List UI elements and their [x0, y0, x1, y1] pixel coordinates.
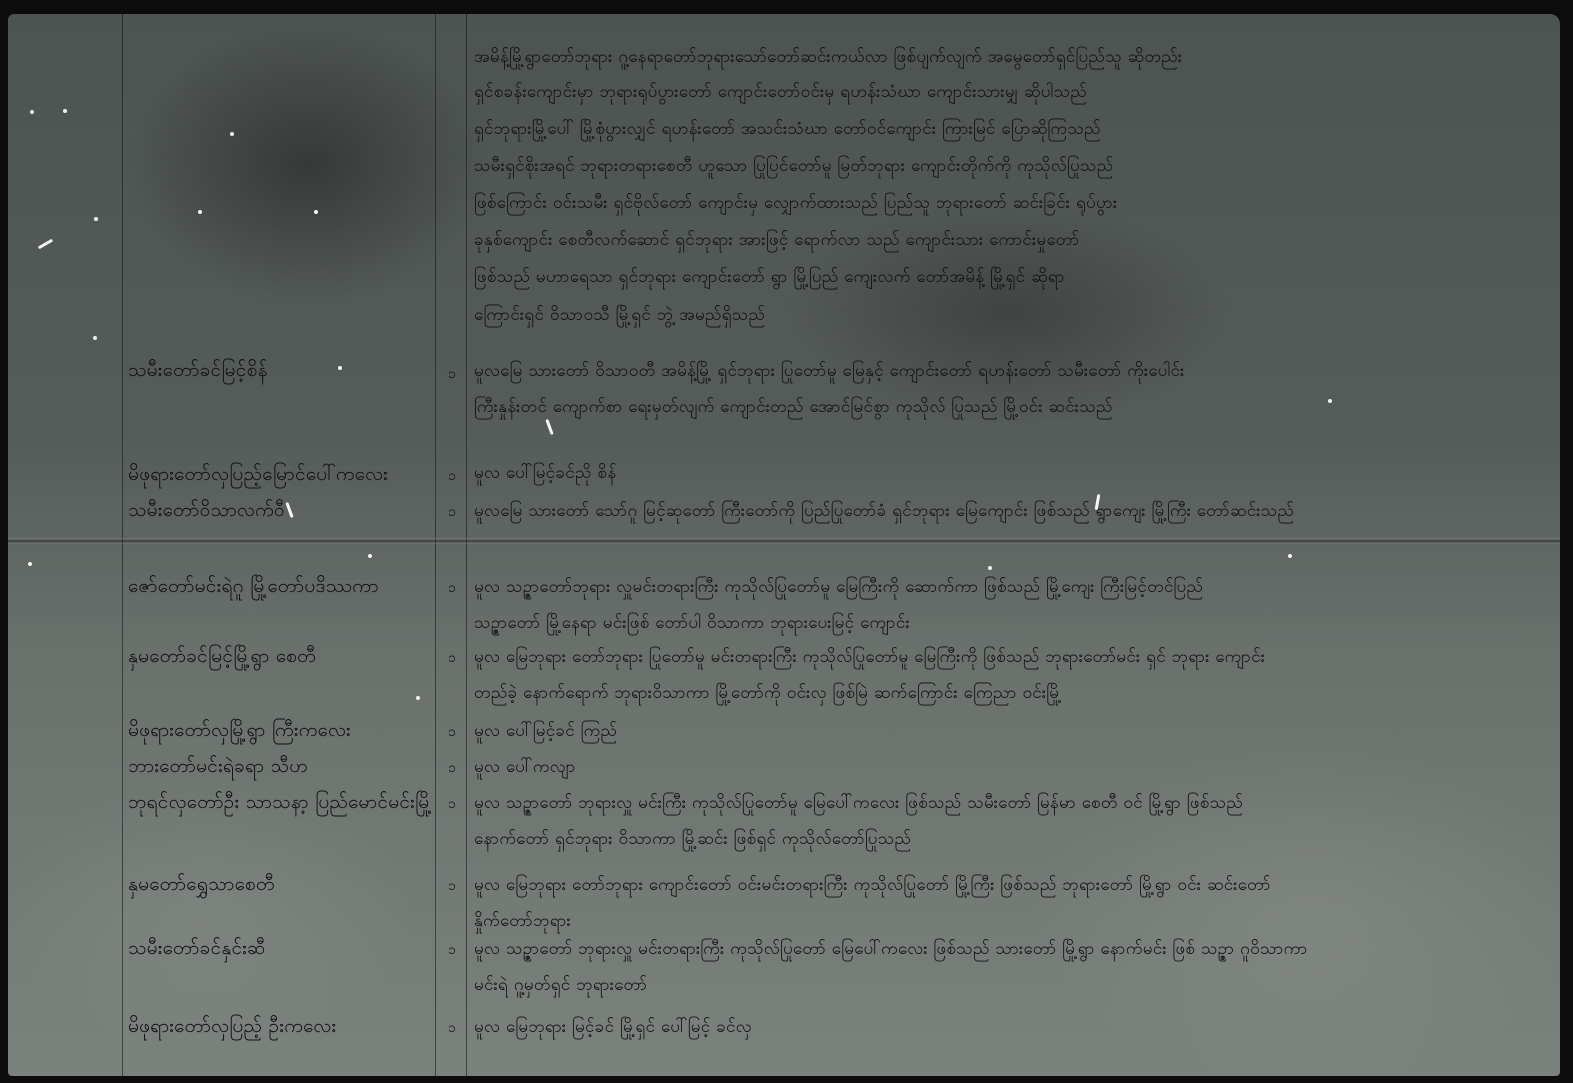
entry-text: မူလ သဉ္ဇာတော် ဘုရားလှူ မင်းတရားကြီး ကုသိ… [474, 938, 1308, 963]
entry-number: ၁ [448, 502, 456, 523]
manuscript-page: အမိန့်မြို့ရွာတော်ဘုရား ဂူ့နေရာတော်ဘုရား… [8, 14, 1560, 1076]
entry-label: ဇော်တော်မင်းရဲဂူ မြို့တော်ပဒိဿကာ [128, 574, 379, 602]
intro-line: အမိန့်မြို့ရွာတော်ဘုရား ဂူ့နေရာတော်ဘုရား… [474, 46, 1182, 71]
entry-label: နှမတော်ရွှေသာစေတီ [128, 872, 275, 900]
paper-speck [28, 562, 32, 566]
column-rule-body [466, 14, 467, 1076]
entry-label: နှမတော်ခင်မြင့်မြို့ရွာ စေတီ [128, 644, 316, 672]
paper-speck [198, 210, 202, 214]
entry-text: မူလ သဉ္ဇာတော်ဘုရား လှူမင်းတရားကြီး ကုသို… [474, 576, 1203, 601]
entry-number: ၁ [448, 578, 456, 599]
entry-label: သမီးတော်ခင်မြင့်စိန် [128, 358, 268, 386]
entry-text: တည်ခဲ့ နောက်ရောက် ဘုရားဝိသာကာ မြို့တော်က… [474, 682, 1062, 707]
entry-text: မူလ မြေဘုရား တော်ဘုရား ပြုတော်မူ မင်းတရာ… [474, 646, 1265, 671]
entry-text: မူလ သဉ္ဇာတော် ဘုရားလှူ မင်းကြီး ကုသိုလ်ပ… [474, 792, 1243, 817]
entry-text: မူလ ပေါ်မြင့်ခင်ညို စိန် [474, 462, 616, 487]
entry-number: ၁ [448, 940, 456, 961]
entry-label: ဘုရင်လှတော်ဦး သာသနာ့ ပြည်မောင်မင်းမြို့ [128, 790, 432, 818]
entry-text: မူလမြေ သားတော် ဝိသာဝတီ အမိန့်မြို့ ရှင်ဘ… [474, 360, 1185, 385]
entry-text: သဉ္ဇာတော် မြို့နေရာ မင်းဖြစ် တော်ပါ ဝိသာ… [474, 612, 910, 637]
entry-label: မိဖုရားတော်လှပြည့်မြောင်ပေါ်ကလေး [128, 462, 388, 490]
entry-text: မူလ မြေဘုရား မြင့်ခင် မြို့ရှင် ပေါ်မြင့… [474, 1016, 752, 1041]
paper-speck [1288, 554, 1292, 558]
entry-number: ၁ [448, 758, 456, 779]
intro-line: ရှင်စခန်းကျောင်းမှာ ဘုရားရုပ်ပွားတော် ကျ… [474, 81, 1087, 106]
paper-scratch [38, 239, 53, 250]
paper-speck [63, 109, 67, 113]
entry-number: ၁ [448, 1018, 456, 1039]
entry-text: နောက်တော် ရှင်ဘုရား ဝိသာကာ မြို့ဆင်း ဖြစ… [474, 828, 911, 853]
paper-speck [416, 696, 420, 700]
entry-label: မိဖုရားတော်လှပြည့် ဦးကလေး [128, 1014, 336, 1042]
entry-number: ၁ [448, 364, 456, 385]
entry-number: ၁ [448, 466, 456, 487]
entry-text: မူလမြေ သားတော် သော်ဂူ မြင့်ဆုတော် ကြီးတေ… [474, 500, 1294, 525]
fold-crease [8, 538, 1560, 544]
entry-text: မူလ ပေါ်ကလျာ [474, 756, 576, 781]
column-rule-middle [435, 14, 436, 1076]
entry-number: ၁ [448, 794, 456, 815]
paper-scratch [545, 419, 553, 435]
paper-speck [30, 110, 34, 114]
entry-text: မင်းရဲ ဂူ့မှတ်ရှင် ဘုရားတော် [474, 974, 647, 999]
paper-speck [368, 554, 372, 558]
entry-number: ၁ [448, 722, 456, 743]
entry-label: မိဖုရားတော်လှမြို့ရွာ ကြီးကလေး [128, 718, 351, 746]
entry-text: မူလ ပေါ်မြင့်ခင် ကြည် [474, 720, 617, 745]
paper-speck [230, 132, 234, 136]
paper-speck [338, 366, 342, 370]
intro-line: ဖြစ်သည် မဟာရေသာ ရှင်ဘုရား ကျောင်းတော် ရွ… [474, 266, 1065, 291]
paper-speck [988, 566, 992, 570]
intro-line: ဖြစ်ကြောင်း ဝင်းသမီး ရှင်ဗိုလ်တော် ကျောင… [474, 192, 1117, 217]
entry-label: သမီးတော်ခင်နှင်းဆီ [128, 936, 266, 964]
entry-label: သမီးတော်ဝိသာလက်ဝီ [128, 498, 285, 526]
paper-scratch [285, 502, 293, 518]
entry-text: ကြီးနှုန်းတင် ကျောက်စာ ရေးမှတ်လျက် ကျောင… [474, 396, 1113, 421]
entry-number: ၁ [448, 876, 456, 897]
entry-label: ဘားတော်မင်းရဲခရာ သီဟ [128, 754, 308, 782]
intro-line: ရှင်ဘုရားမြို့ပေါ် မြို့စုံပွားလျှင် ရဟန… [474, 118, 1101, 143]
paper-speck [1328, 399, 1332, 403]
intro-line: ခုနှစ်ကျောင်း စေတီလက်ဆောင် ရှင်ဘုရား အား… [474, 229, 1080, 254]
paper-speck [314, 210, 318, 214]
paper-speck [93, 336, 97, 340]
paper-speck [94, 217, 98, 221]
intro-line: ကြောင်းရှင် ဝိသာဝသီ မြို့ရှင် ဘွဲ့ အမည်ရ… [474, 304, 765, 329]
entry-text: နှိုက်တော်ဘုရား [474, 910, 571, 935]
entry-text: မူလ မြေဘုရား တော်ဘုရား ကျောင်းတော် ဝင်းမ… [474, 874, 1271, 899]
intro-line: သမီးရှင်စိုးအရင် ဘုရားတရားစေတီ ဟူသော ပြု… [474, 155, 1114, 180]
column-rule-left [122, 14, 123, 1076]
entry-number: ၁ [448, 648, 456, 669]
